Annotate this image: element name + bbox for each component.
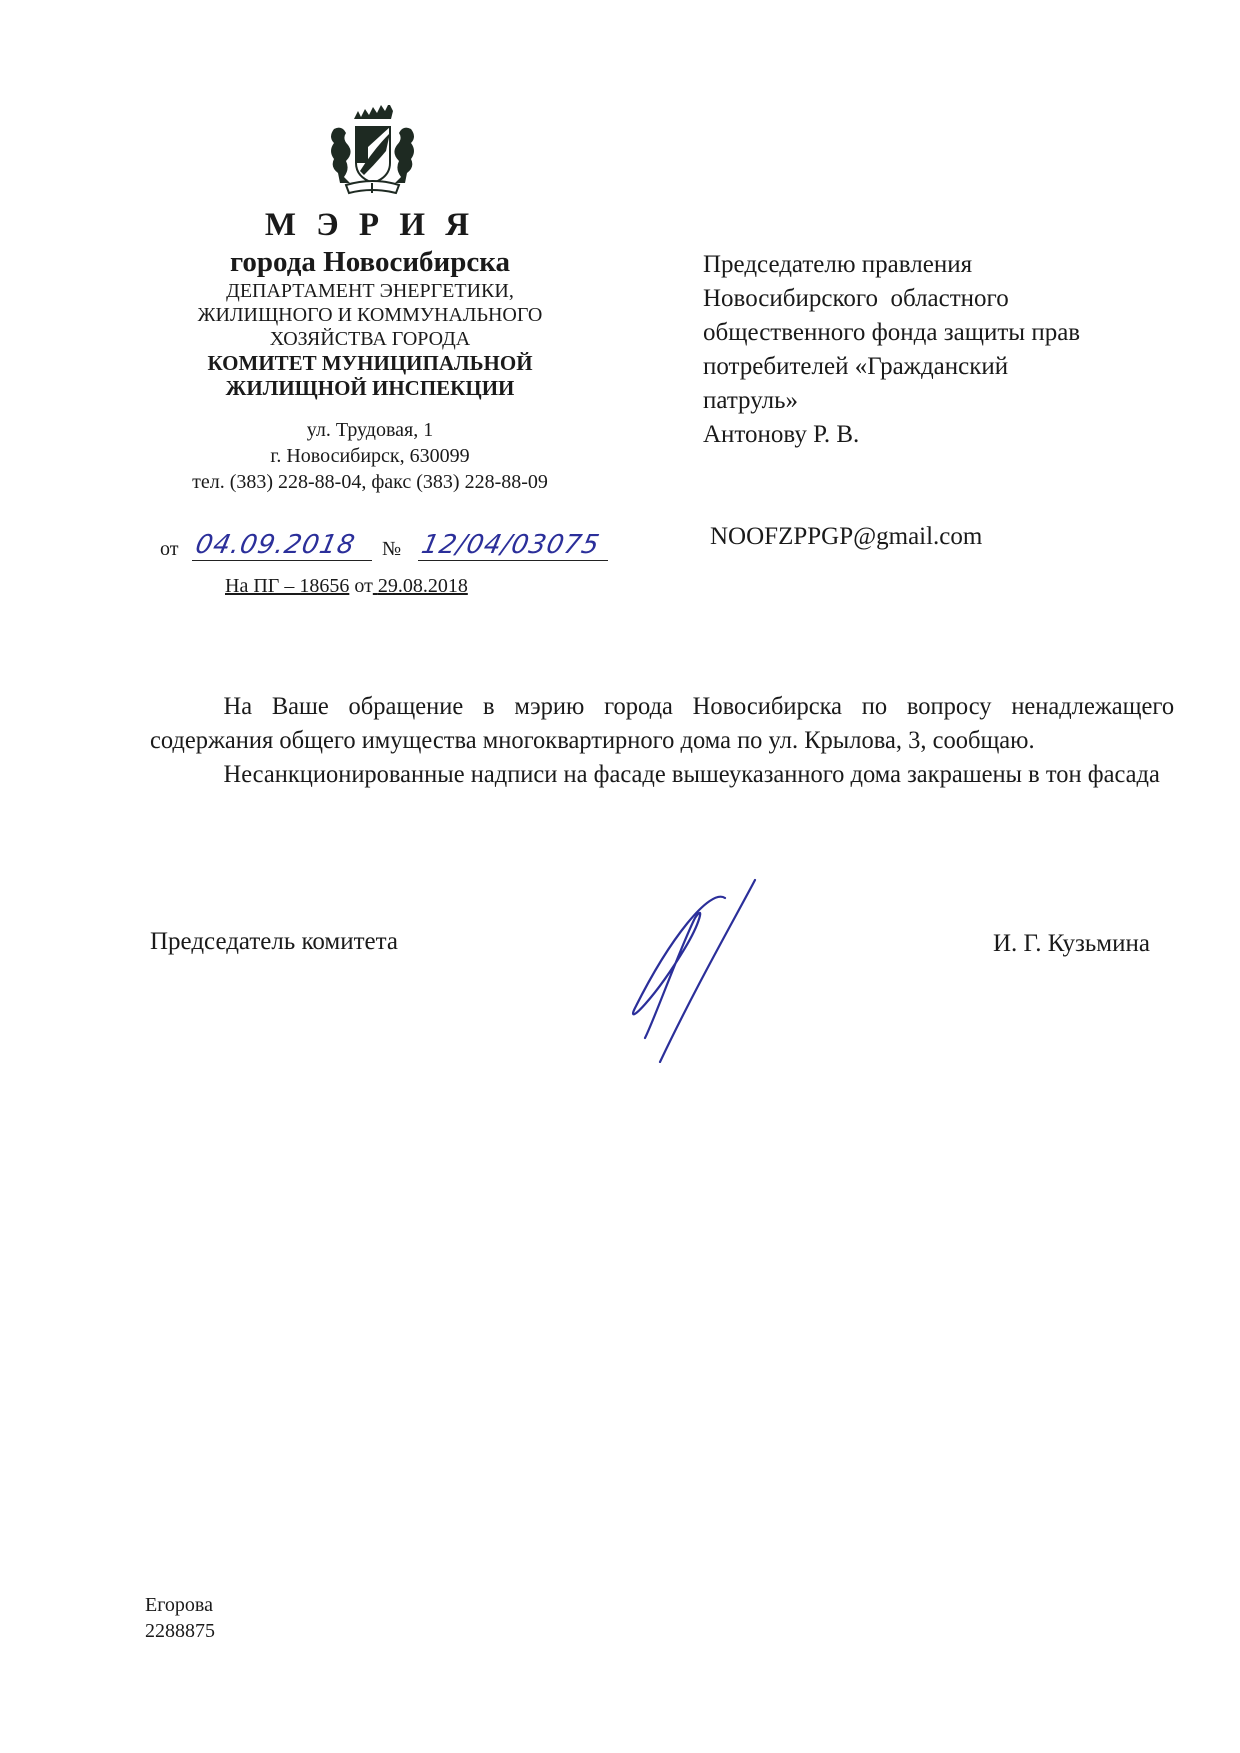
coat-of-arms-icon	[320, 105, 425, 200]
outgoing-reference: от 04.09.2018 № 12/04/03075	[160, 528, 640, 568]
date-label: от	[160, 538, 178, 561]
addressee-line: Новосибирского областного	[703, 282, 1173, 316]
number-label: №	[382, 538, 401, 561]
committee-line: КОМИТЕТ МУНИЦИПАЛЬНОЙ	[150, 351, 590, 376]
signer-name: И. Г. Кузьмина	[993, 930, 1150, 958]
department-line: ДЕПАРТАМЕНТ ЭНЕРГЕТИКИ,	[150, 279, 590, 303]
department-line: ХОЗЯЙСТВА ГОРОДА	[150, 327, 590, 351]
number-field: 12/04/03075	[418, 528, 608, 561]
addressee-line: патруль»	[703, 384, 1173, 418]
handwritten-number: 12/04/03075	[419, 530, 603, 560]
addressee-email: NOOFZPPGP@gmail.com	[710, 523, 982, 551]
date-field: 04.09.2018	[192, 528, 372, 561]
executor-phone: 2288875	[145, 1618, 215, 1644]
letterhead-title: М Э Р И Я	[150, 205, 590, 245]
reply-date: 29.08.2018	[378, 575, 468, 597]
signer-position: Председатель комитета	[150, 928, 398, 956]
handwritten-signature-icon	[615, 878, 775, 1063]
address-line: г. Новосибирск, 630099	[150, 443, 590, 469]
executor-name: Егорова	[145, 1592, 215, 1618]
address-line: тел. (383) 228-88-04, факс (383) 228-88-…	[150, 469, 590, 495]
handwritten-date: 04.09.2018	[193, 530, 358, 560]
letter-body: На Ваше обращение в мэрию города Новосиб…	[150, 690, 1174, 792]
addressee-line: Председателю правления	[703, 248, 1173, 282]
address-line: ул. Трудовая, 1	[150, 417, 590, 443]
letterhead-block: М Э Р И Я города Новосибирска ДЕПАРТАМЕН…	[150, 205, 590, 495]
addressee-name: Антонову Р. В.	[703, 418, 1173, 452]
body-paragraph: Несанкционированные надписи на фасаде вы…	[150, 758, 1174, 792]
body-paragraph: На Ваше обращение в мэрию города Новосиб…	[150, 690, 1174, 758]
reply-to-number: На ПГ – 18656	[225, 575, 349, 597]
department-line: ЖИЛИЩНОГО И КОММУНАЛЬНОГО	[150, 303, 590, 327]
addressee-line: общественного фонда защиты прав	[703, 316, 1173, 350]
executor-block: Егорова 2288875	[145, 1592, 215, 1644]
letterhead-city: города Новосибирска	[150, 245, 590, 279]
addressee-block: Председателю правления Новосибирского об…	[703, 248, 1173, 452]
addressee-line: потребителей «Гражданский	[703, 350, 1173, 384]
committee-line: ЖИЛИЩНОЙ ИНСПЕКЦИИ	[150, 376, 590, 401]
reply-from-label: от	[354, 575, 372, 597]
reply-reference: На ПГ – 18656 от 29.08.2018	[225, 575, 468, 598]
